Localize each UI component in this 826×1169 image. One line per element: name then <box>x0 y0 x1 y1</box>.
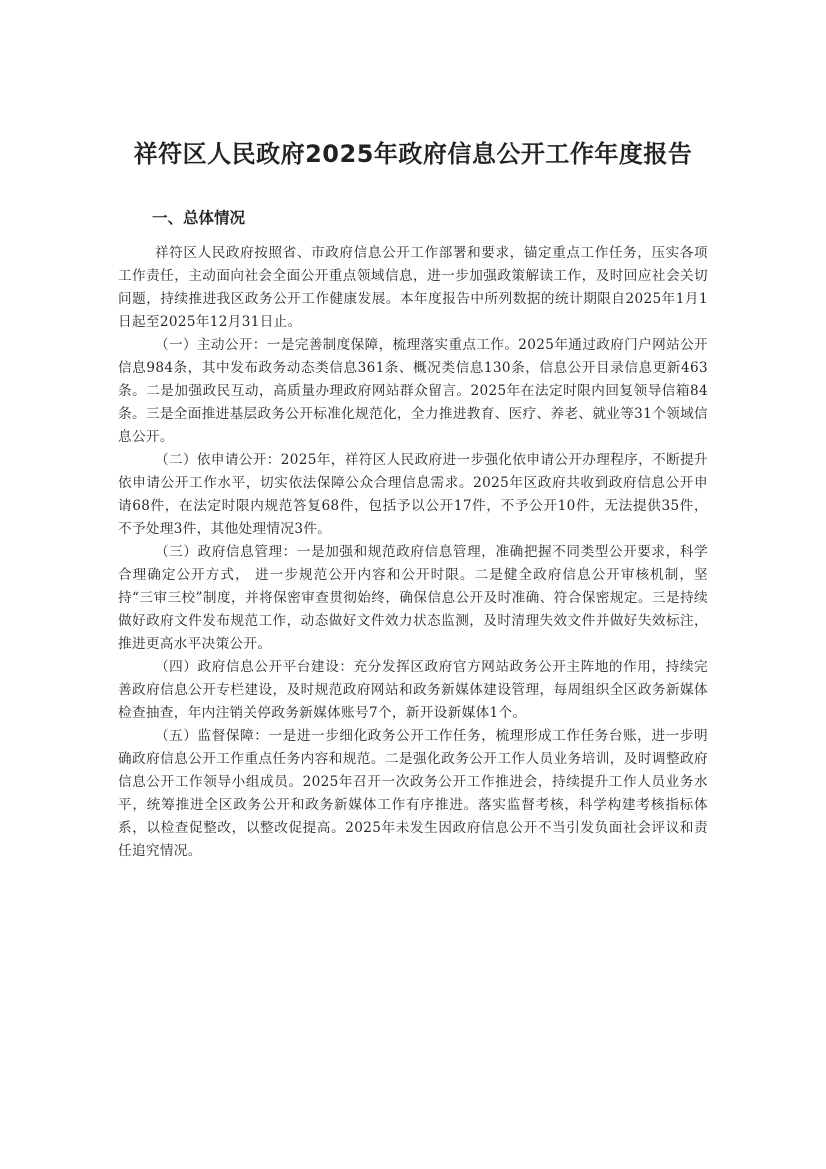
paragraph-information-management: （三）政府信息管理：一是加强和规范政府信息管理，准确把握不同类型公开要求，科学合… <box>118 541 708 656</box>
paragraph-request-disclosure: （二）依申请公开：2025年，祥符区人民政府进一步强化依申请公开办理程序，不断提… <box>118 449 708 541</box>
document-title: 祥符区人民政府2025年政府信息公开工作年度报告 <box>0 138 826 170</box>
section-heading-overview: 一、总体情况 <box>118 206 708 230</box>
paragraph-supervision: （五）监督保障：一是进一步细化政务公开工作任务，梳理形成工作任务台账，进一步明确… <box>118 725 708 863</box>
document-page: 祥符区人民政府2025年政府信息公开工作年度报告 一、总体情况 祥符区人民政府按… <box>0 0 826 1169</box>
paragraph-proactive-disclosure: （一）主动公开：一是完善制度保障，梳理落实重点工作。2025年通过政府门户网站公… <box>118 334 708 449</box>
paragraph-platform-construction: （四）政府信息公开平台建设：充分发挥区政府官方网站政务公开主阵地的作用，持续完善… <box>118 656 708 725</box>
document-body: 一、总体情况 祥符区人民政府按照省、市政府信息公开工作部署和要求，锚定重点工作任… <box>118 206 708 863</box>
paragraph-intro: 祥符区人民政府按照省、市政府信息公开工作部署和要求，锚定重点工作任务，压实各项工… <box>118 242 708 334</box>
